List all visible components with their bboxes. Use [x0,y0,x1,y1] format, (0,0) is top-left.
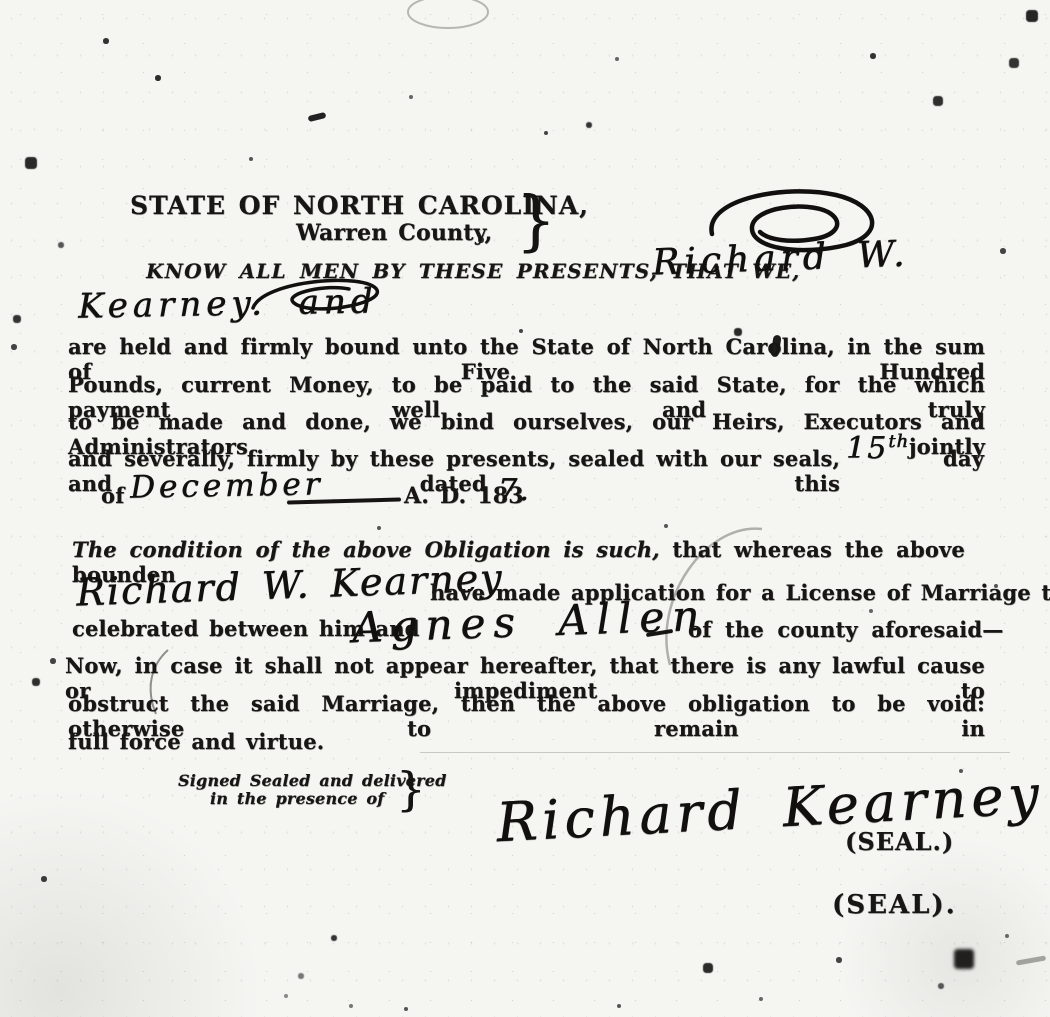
county-name: Warren County, [296,220,492,246]
handwritten-year: 7. [498,473,531,508]
day-ordinal: th [888,431,909,452]
body-line-4-day-word: day [943,446,984,471]
ink-smudge [308,112,327,122]
seal-1: (SEAL.) [845,827,954,856]
handwritten-signature: Richard Kearney [495,763,1045,855]
celebrated-line-post: of the county aforesaid— [688,617,1004,642]
faint-rule [420,752,1010,753]
body-line-5-of: of [101,483,124,508]
seal-2: (SEAL). [832,890,957,920]
handwritten-groom-first-name: Richard W. [651,234,910,284]
day-number: 15 [846,431,888,466]
paper-specks [0,0,2,2]
header-brace: } [516,182,555,259]
ink-smudge [1016,955,1046,965]
ink-flourish-small [245,272,395,320]
document-page: STATE OF NORTH CAROLINA, Warren County, … [0,0,1050,1017]
attestation-brace: } [396,762,425,816]
condition-lead-bold: The condition of the above Obligation is… [72,537,660,562]
faint-pencil-oval [400,0,500,44]
handwritten-day: 15th [846,431,909,466]
closing-line: full force and virtue. [68,729,324,754]
attestation-line-2: in the presence of [210,789,384,808]
